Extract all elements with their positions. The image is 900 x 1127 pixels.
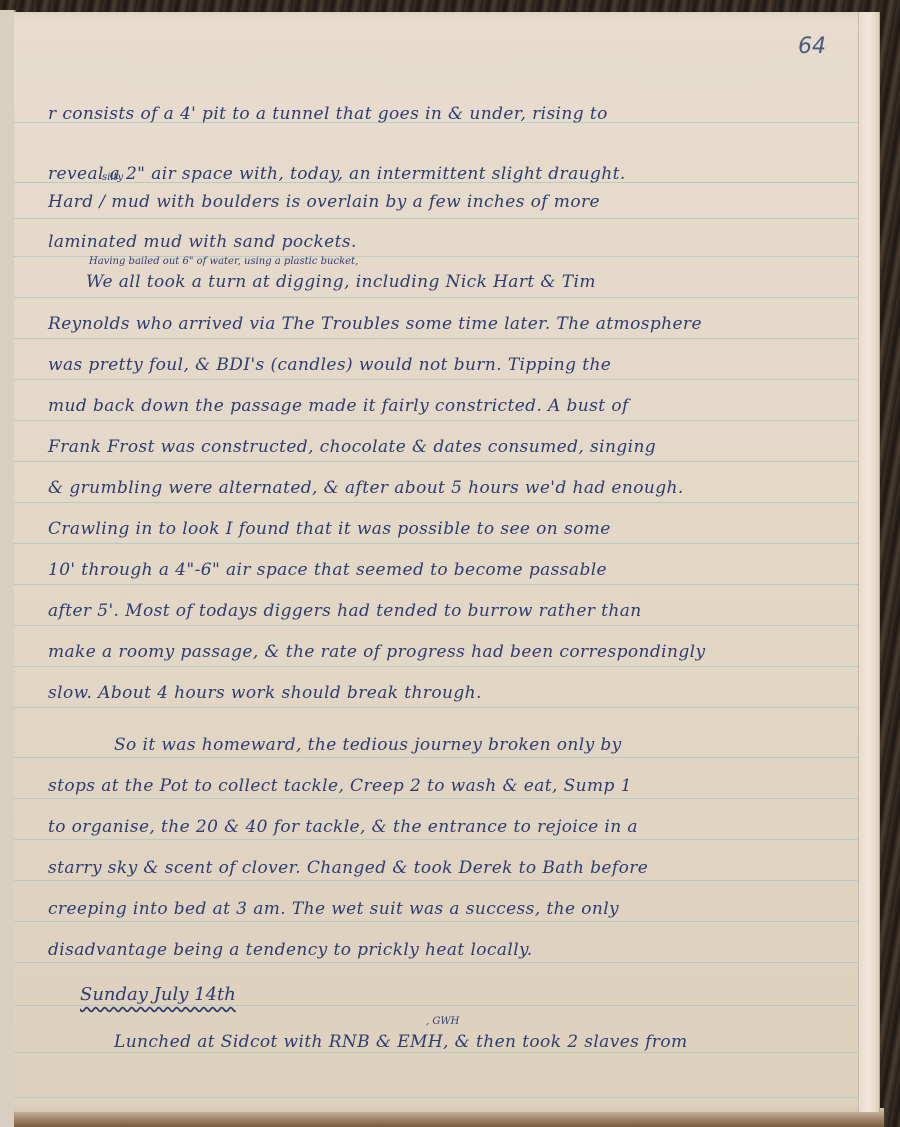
ruled-line <box>14 798 859 799</box>
text-line: 10' through a 4"-6" air space that seeme… <box>48 560 607 580</box>
text-line: starry sky & scent of clover. Changed & … <box>48 858 648 878</box>
date-heading: Sunday July 14th <box>80 984 236 1005</box>
text-line: after 5'. Most of todays diggers had ten… <box>48 601 642 621</box>
insertion-gwh: , GWH <box>426 1016 459 1027</box>
ruled-line <box>14 757 859 758</box>
text-line: mud back down the passage made it fairly… <box>48 396 629 416</box>
text-line: was pretty foul, & BDI's (candles) would… <box>48 355 611 375</box>
ruled-line <box>14 625 859 626</box>
text-line: & grumbling were alternated, & after abo… <box>48 478 684 498</box>
text-line: make a roomy passage, & the rate of prog… <box>48 642 705 662</box>
text-line: So it was homeward, the tedious journey … <box>114 735 622 755</box>
ruled-line <box>14 338 859 339</box>
ruled-line <box>14 962 859 963</box>
ruled-line <box>14 1052 859 1053</box>
text-line: laminated mud with sand pockets. <box>48 232 357 252</box>
text-line: r consists of a 4' pit to a tunnel that … <box>48 104 608 124</box>
text-line: Lunched at Sidcot with RNB & EMH, & then… <box>114 1032 687 1052</box>
notebook-page: 64 r consists of a 4' pit to a tunnel th… <box>14 12 876 1112</box>
ruled-line <box>14 839 859 840</box>
ruled-line <box>14 218 859 219</box>
ruled-line <box>14 543 859 544</box>
ruled-line <box>14 297 859 298</box>
right-page-edge <box>858 12 880 1112</box>
ruled-line <box>14 584 859 585</box>
insertion-silty: silty <box>102 172 123 183</box>
text-line: slow. About 4 hours work should break th… <box>48 683 482 703</box>
text-line: We all took a turn at digging, including… <box>86 272 596 292</box>
text-line: Crawling in to look I found that it was … <box>48 519 611 539</box>
ruled-line <box>14 666 859 667</box>
ruled-line <box>14 1005 859 1006</box>
ruled-line <box>14 420 859 421</box>
page-number: 64 <box>798 34 826 59</box>
text-line: reveal a 2" air space with, today, an in… <box>48 164 626 184</box>
insertion-baled-note: Having bailed out 6" of water, using a p… <box>89 256 358 267</box>
ruled-line <box>14 461 859 462</box>
text-line: creeping into bed at 3 am. The wet suit … <box>48 899 619 919</box>
text-line: Hard / mud with boulders is overlain by … <box>48 192 600 212</box>
ruled-line <box>14 921 859 922</box>
text-line: Frank Frost was constructed, chocolate &… <box>48 437 656 457</box>
text-line: stops at the Pot to collect tackle, Cree… <box>48 776 632 796</box>
ruled-line <box>14 379 859 380</box>
text-line: Reynolds who arrived via The Troubles so… <box>48 314 702 334</box>
ruled-line <box>14 1097 859 1098</box>
text-line: disadvantage being a tendency to prickly… <box>48 940 533 960</box>
ruled-line <box>14 880 859 881</box>
ruled-line <box>14 502 859 503</box>
text-line: to organise, the 20 & 40 for tackle, & t… <box>48 817 638 837</box>
ruled-line <box>14 707 859 708</box>
